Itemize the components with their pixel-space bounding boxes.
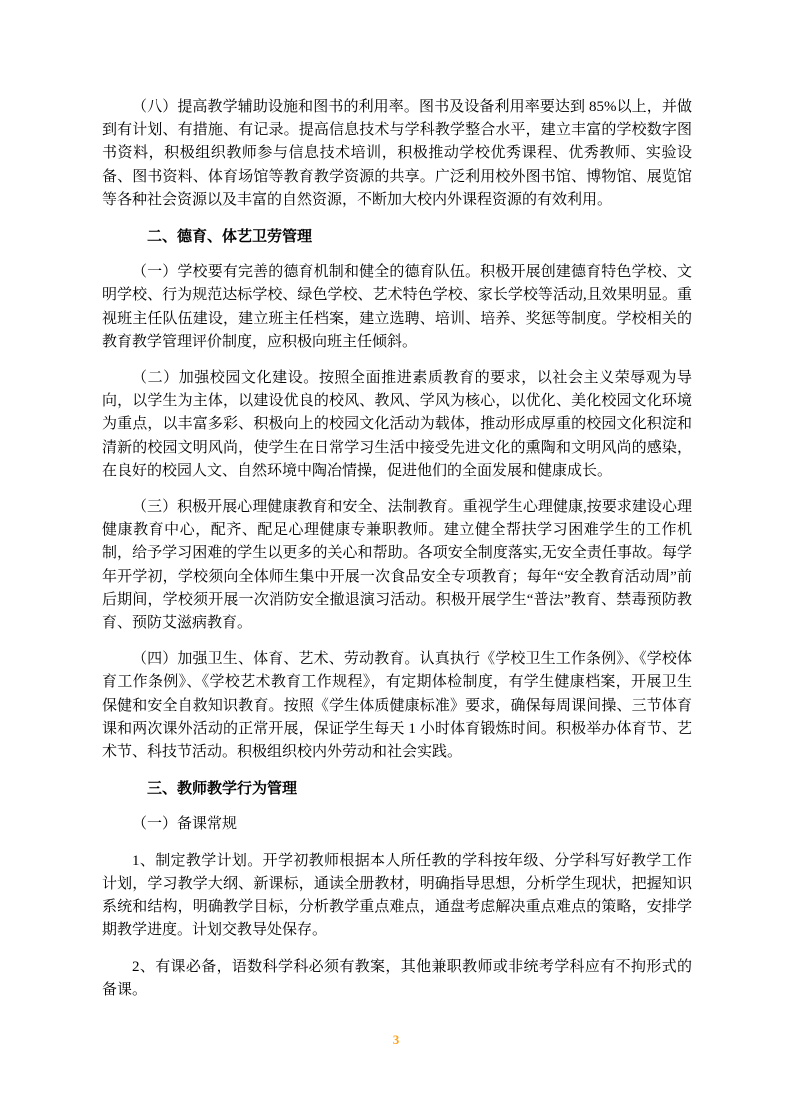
document-page: （八）提高教学辅助设施和图书的利用率。图书及设备利用率要达到 85%以上，并做到… xyxy=(0,0,792,1120)
document-body: （八）提高教学辅助设施和图书的利用率。图书及设备利用率要达到 85%以上，并做到… xyxy=(102,96,692,1015)
paragraph-lesson-prep-1: 1、制定教学计划。开学初教师根据本人所任教的学科按年级、分学科写好教学工作计划，… xyxy=(102,850,692,943)
paragraph-moral-1: （一）学校要有完善的德育机制和健全的德育队伍。积极开展创建德育特色学校、文明学校… xyxy=(102,261,692,354)
paragraph-moral-4: （四）加强卫生、体育、艺术、劳动教育。认真执行《学校卫生工作条例》、《学校体育工… xyxy=(102,648,692,764)
paragraph-moral-2: （二）加强校园文化建设。按照全面推进素质教育的要求，以社会主义荣辱观为导向，以学… xyxy=(102,367,692,483)
page-number: 3 xyxy=(393,1032,400,1047)
section-heading-moral-education: 二、德育、体艺卫劳管理 xyxy=(102,225,692,248)
paragraph-moral-3: （三）积极开展心理健康教育和安全、法制教育。重视学生心理健康,按要求建设心理健康… xyxy=(102,496,692,635)
paragraph-item-8: （八）提高教学辅助设施和图书的利用率。图书及设备利用率要达到 85%以上，并做到… xyxy=(102,96,692,212)
page-footer: 3 xyxy=(0,1033,792,1047)
sub-heading-lesson-prep: （一）备课常规 xyxy=(102,813,692,836)
section-heading-teacher-conduct: 三、教师教学行为管理 xyxy=(102,777,692,800)
paragraph-lesson-prep-2: 2、有课必备，语数科学科必须有教案，其他兼职教师或非统考学科应有不拘形式的备课。 xyxy=(102,956,692,1002)
